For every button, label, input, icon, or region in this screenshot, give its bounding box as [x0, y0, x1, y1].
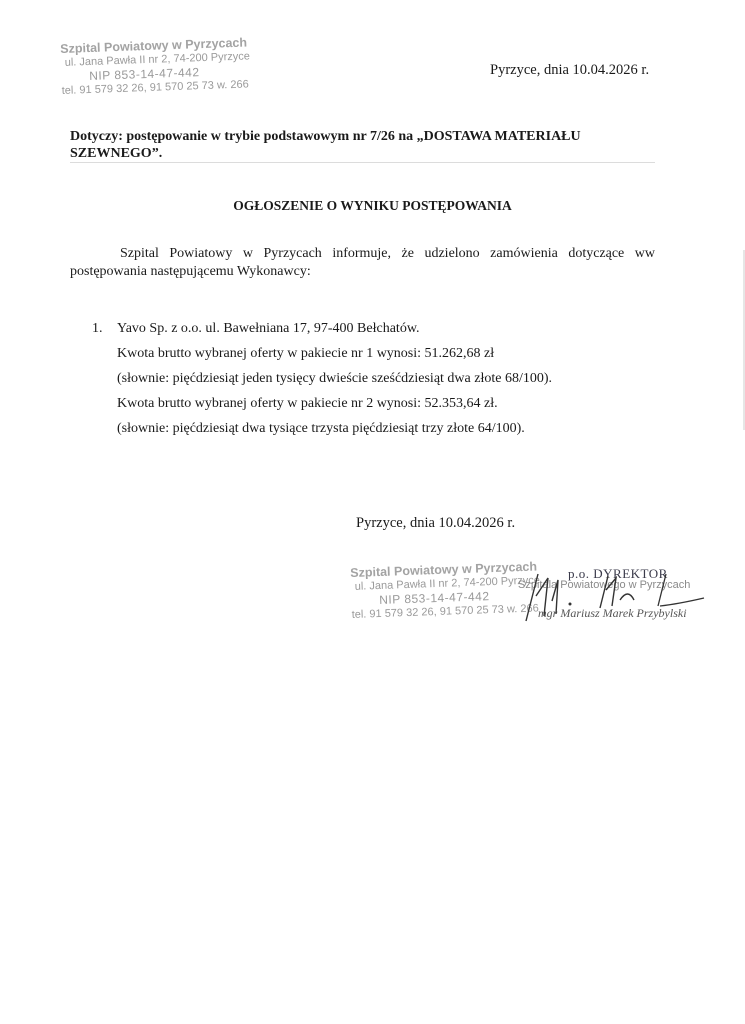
package-1-amount-words: (słownie: pięćdziesiąt jeden tysięcy dwi… [117, 366, 552, 391]
subject-divider [70, 162, 655, 163]
list-item-number: 1. [92, 316, 103, 341]
package-1-amount: Kwota brutto wybranej oferty w pakiecie … [117, 341, 552, 366]
handwritten-signature-icon [508, 566, 708, 636]
document-title: OGŁOSZENIE O WYNIKU POSTĘPOWANIA [0, 198, 745, 214]
place-date-top: Pyrzyce, dnia 10.04.2026 r. [490, 62, 649, 79]
intro-paragraph: Szpital Powiatowy w Pyrzycach informuje,… [70, 245, 655, 281]
package-2-amount: Kwota brutto wybranej oferty w pakiecie … [117, 391, 552, 416]
subject-line: Dotyczy: postępowanie w trybie podstawow… [70, 128, 670, 162]
signature-block: p.o. DYREKTOR Szpitala Powiatowego w Pyr… [508, 566, 708, 636]
header-stamp: Szpital Powiatowy w Pyrzycach ul. Jana P… [60, 35, 251, 98]
contractor-name: Yavo Sp. z o.o. ul. Bawełniana 17, 97-40… [117, 316, 552, 341]
place-date-bottom: Pyrzyce, dnia 10.04.2026 r. [356, 515, 515, 532]
list-item: Yavo Sp. z o.o. ul. Bawełniana 17, 97-40… [117, 316, 552, 441]
package-2-amount-words: (słownie: pięćdziesiąt dwa tysiące trzys… [117, 416, 552, 441]
